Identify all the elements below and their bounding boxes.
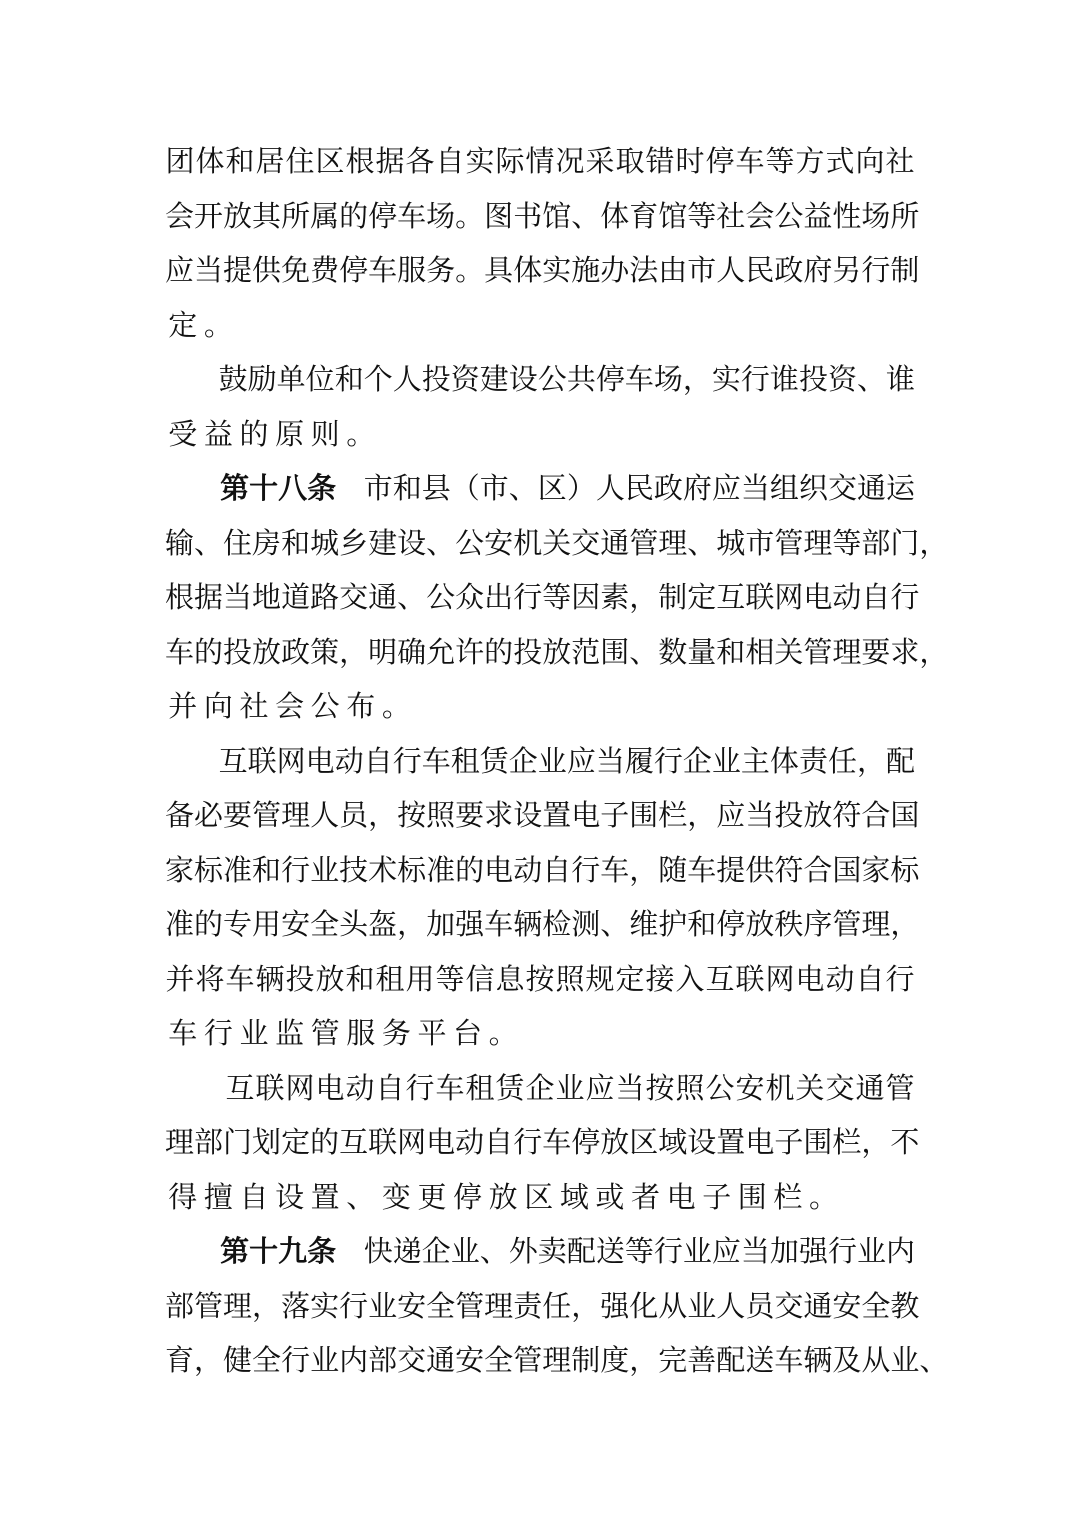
text-line: 互联网电动自行车租赁企业应当按照公安机关交通管: [165, 1061, 915, 1115]
text-line: 鼓励单位和个人投资建设公共停车场，实行谁投资、谁: [165, 352, 915, 406]
text-line: 育，健全行业内部交通安全管理制度，完善配送车辆及从业、: [165, 1333, 915, 1387]
text-line: 根据当地道路交通、公众出行等因素，制定互联网电动自行: [165, 570, 915, 624]
text-line: 定。: [165, 298, 915, 352]
text-line: 部管理，落实行业安全管理责任，强化从业人员交通安全教: [165, 1279, 915, 1333]
text-line: 第十九条快递企业、外卖配送等行业应当加强行业内: [165, 1224, 915, 1278]
text-line: 团体和居住区根据各自实际情况采取错时停车等方式向社: [165, 134, 915, 188]
text-line: 互联网电动自行车租赁企业应当履行企业主体责任，配: [165, 734, 915, 788]
text-line: 家标准和行业技术标准的电动自行车，随车提供符合国家标: [165, 843, 915, 897]
document-page: 团体和居住区根据各自实际情况采取错时停车等方式向社会开放其所属的停车场。图书馆、…: [0, 0, 1074, 1520]
text-line: 得擅自设置、变更停放区域或者电子围栏。: [165, 1170, 915, 1224]
text-line: 备必要管理人员，按照要求设置电子围栏，应当投放符合国: [165, 788, 915, 842]
text-line: 应当提供免费停车服务。具体实施办法由市人民政府另行制: [165, 243, 915, 297]
text-line: 第十八条市和县（市、区）人民政府应当组织交通运: [165, 461, 915, 515]
text-line: 受益的原则。: [165, 407, 915, 461]
text-line: 车行业监管服务平台。: [165, 1006, 915, 1060]
text-line: 会开放其所属的停车场。图书馆、体育馆等社会公益性场所: [165, 189, 915, 243]
text-line: 并将车辆投放和租用等信息按照规定接入互联网电动自行: [165, 952, 915, 1006]
text-line: 理部门划定的互联网电动自行车停放区域设置电子围栏，不: [165, 1115, 915, 1169]
text-line: 输、住房和城乡建设、公安机关交通管理、城市管理等部门，: [165, 516, 915, 570]
text-line: 车的投放政策，明确允许的投放范围、数量和相关管理要求，: [165, 625, 915, 679]
text-line: 并向社会公布。: [165, 679, 915, 733]
text-line: 准的专用安全头盔，加强车辆检测、维护和停放秩序管理，: [165, 897, 915, 951]
